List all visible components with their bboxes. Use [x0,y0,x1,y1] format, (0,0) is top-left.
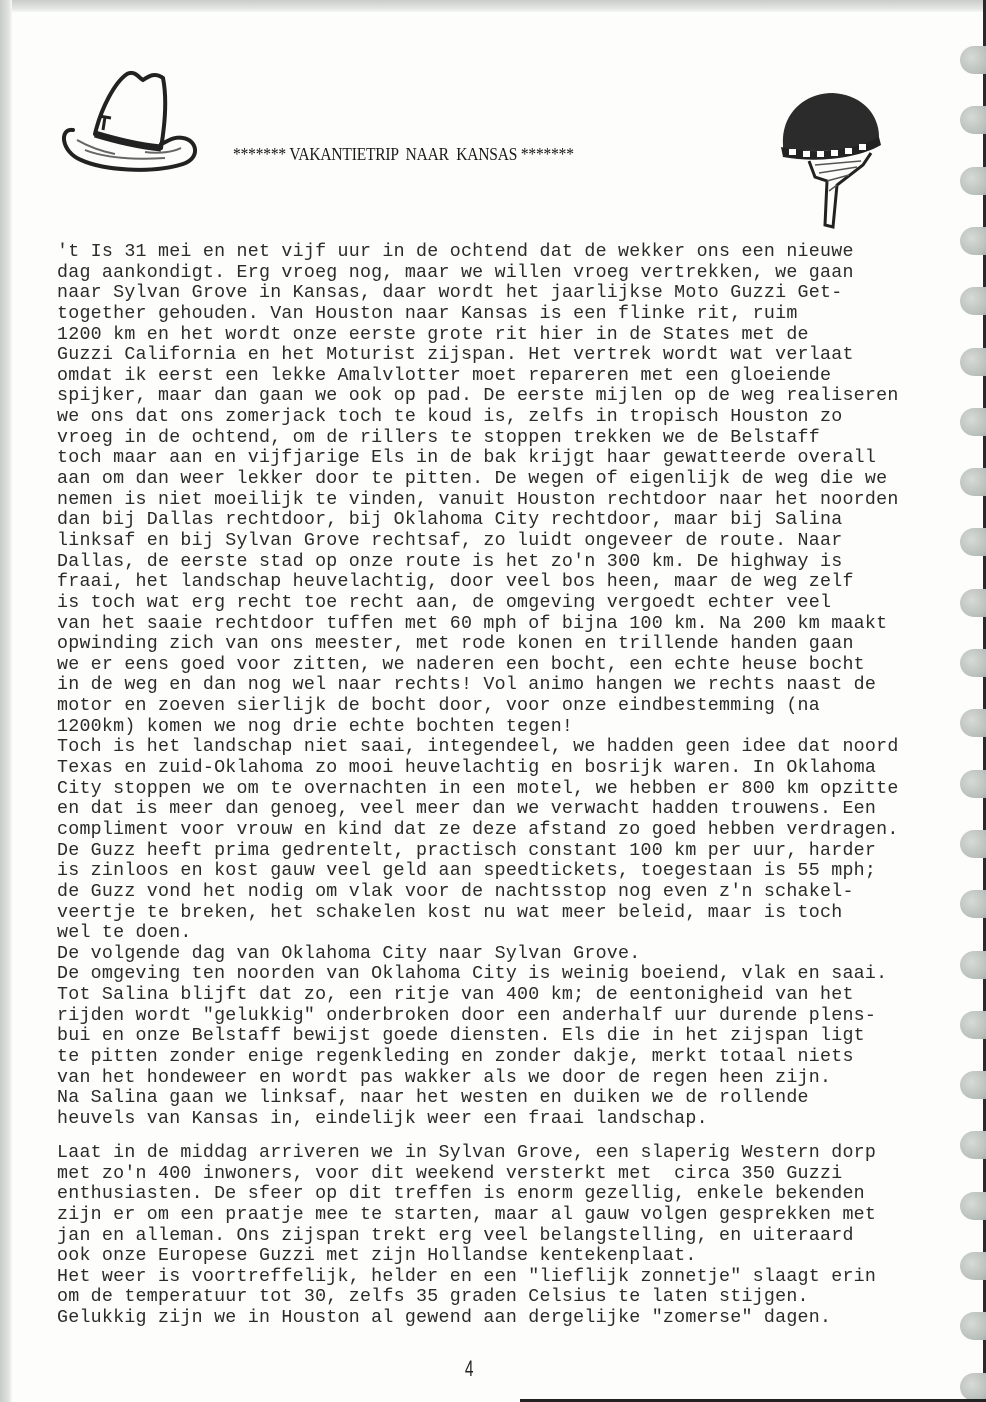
motorcycle-helmet-icon [775,85,885,235]
text-line: fraai, het landschap heuvelachtig, door … [57,572,947,593]
text-line: Dallas, de eerste stad op onze route is … [57,552,947,573]
text-line: heuvels van Kansas in, eindelijk weer ee… [57,1109,947,1130]
text-line: Het weer is voortreffelijk, helder en ee… [57,1267,876,1288]
binder-hole [960,709,986,737]
text-line: is zinloos en kost gauw veel geld aan sp… [57,861,947,882]
binder-hole [960,830,986,858]
binder-hole [960,1131,986,1159]
text-line: Toch is het landschap niet saai, integen… [57,737,947,758]
text-line: Guzzi California en het Moturist zijspan… [57,345,947,366]
page-number: 4 [465,1356,474,1382]
binder-hole [960,46,986,74]
text-line: compliment voor vrouw en kind dat ze dez… [57,820,947,841]
text-line: om de temperatuur tot 30, zelfs 35 grade… [57,1287,876,1308]
text-line: van het saaie rechtdoor tuffen met 60 mp… [57,614,947,635]
page-left-edge [0,0,12,1402]
article-body-paragraph-2: Laat in de middag arriveren we in Sylvan… [57,1143,876,1329]
text-line: 1200 km en het wordt onze eerste grote r… [57,325,947,346]
binder-hole [960,890,986,918]
text-line: linksaf en bij Sylvan Grove rechtsaf, zo… [57,531,947,552]
text-line: zijn er om een praatje mee te starten, m… [57,1205,876,1226]
binder-hole [960,408,986,436]
binder-hole [960,951,986,979]
article-title: ******* VAKANTIETRIP NAAR KANSAS ******* [233,144,574,165]
text-line: we er eens goed voor zitten, we naderen … [57,655,947,676]
text-line: Texas en zuid-Oklahoma zo mooi heuvelach… [57,758,947,779]
text-line: in de weg en dan nog wel naar rechts! Vo… [57,675,947,696]
scanned-page: ******* VAKANTIETRIP NAAR KANSAS *******… [0,0,986,1402]
binder-hole [960,106,986,134]
text-line: rijden wordt "gelukkig" onderbroken door… [57,1006,947,1027]
text-line: Tot Salina blijft dat zo, een ritje van … [57,985,947,1006]
text-line: we ons dat ons zomerjack toch te koud is… [57,407,947,428]
binder-hole [960,589,986,617]
text-line: bui en onze Belstaff bewijst goede diens… [57,1026,947,1047]
text-line: naar Sylvan Grove in Kansas, daar wordt … [57,283,947,304]
binder-hole [960,1312,986,1340]
cowboy-hat-icon [55,68,205,178]
binder-hole [960,1071,986,1099]
text-line: 1200km) komen we nog drie echte bochten … [57,717,947,738]
text-line: enthusiasten. De sfeer op dit treffen is… [57,1184,876,1205]
binder-hole [960,528,986,556]
text-line: De omgeving ten noorden van Oklahoma Cit… [57,964,947,985]
binder-hole [960,468,986,496]
article-body-paragraph-1: 't Is 31 mei en net vijf uur in de ochte… [57,242,947,1130]
text-line: jan en alleman. Ons zijspan trekt erg ve… [57,1226,876,1247]
text-line: City stoppen we om te overnachten in een… [57,779,947,800]
text-line: Gelukkig zijn we in Houston al gewend aa… [57,1308,876,1329]
binder-hole [960,649,986,677]
text-line: veertje te breken, het schakelen kost nu… [57,903,947,924]
text-line: te pitten zonder enige regenkleding en z… [57,1047,947,1068]
text-line: together gehouden. Van Houston naar Kans… [57,304,947,325]
binder-hole [960,1373,986,1401]
text-line: Na Salina gaan we linksaf, naar het west… [57,1088,947,1109]
text-line: dan bij Dallas rechtdoor, bij Oklahoma C… [57,510,947,531]
text-line: De volgende dag van Oklahoma City naar S… [57,944,947,965]
binder-hole [960,1192,986,1220]
text-line: toch maar aan en vijfjarige Els in de ba… [57,448,947,469]
text-line: wel te doen. [57,923,947,944]
page-top-edge [0,0,986,12]
binder-hole [960,167,986,195]
text-line: met zo'n 400 inwoners, voor dit weekend … [57,1164,876,1185]
text-line: ook onze Europese Guzzi met zijn Holland… [57,1246,876,1267]
text-line: spijker, maar dan gaan we ook op pad. De… [57,386,947,407]
text-line: motor en zoeven sierlijk de bocht door, … [57,696,947,717]
text-line: de Guzz vond het nodig om vlak voor de n… [57,882,947,903]
text-line: 't Is 31 mei en net vijf uur in de ochte… [57,242,947,263]
text-line: nemen is niet moeilijk te vinden, vanuit… [57,490,947,511]
text-line: aan om dan weer lekker door te pitten. D… [57,469,947,490]
text-line: en dat is meer dan genoeg, veel meer dan… [57,799,947,820]
text-line: van het hondeweer en wordt pas wakker al… [57,1068,947,1089]
binder-hole [960,1252,986,1280]
text-line: is toch wat erg recht toe recht aan, de … [57,593,947,614]
binder-hole [960,1011,986,1039]
text-line: vroeg in de ochtend, om de rillers te st… [57,428,947,449]
binder-hole [960,227,986,255]
text-line: dag aankondigt. Erg vroeg nog, maar we w… [57,263,947,284]
binder-hole [960,770,986,798]
text-line: De Guzz heeft prima gedrentelt, practisc… [57,841,947,862]
text-line: Laat in de middag arriveren we in Sylvan… [57,1143,876,1164]
binder-hole [960,348,986,376]
text-line: opwinding zich van ons meester, met rode… [57,634,947,655]
text-line: omdat ik eerst een lekke Amalvlotter moe… [57,366,947,387]
binder-hole [960,287,986,315]
